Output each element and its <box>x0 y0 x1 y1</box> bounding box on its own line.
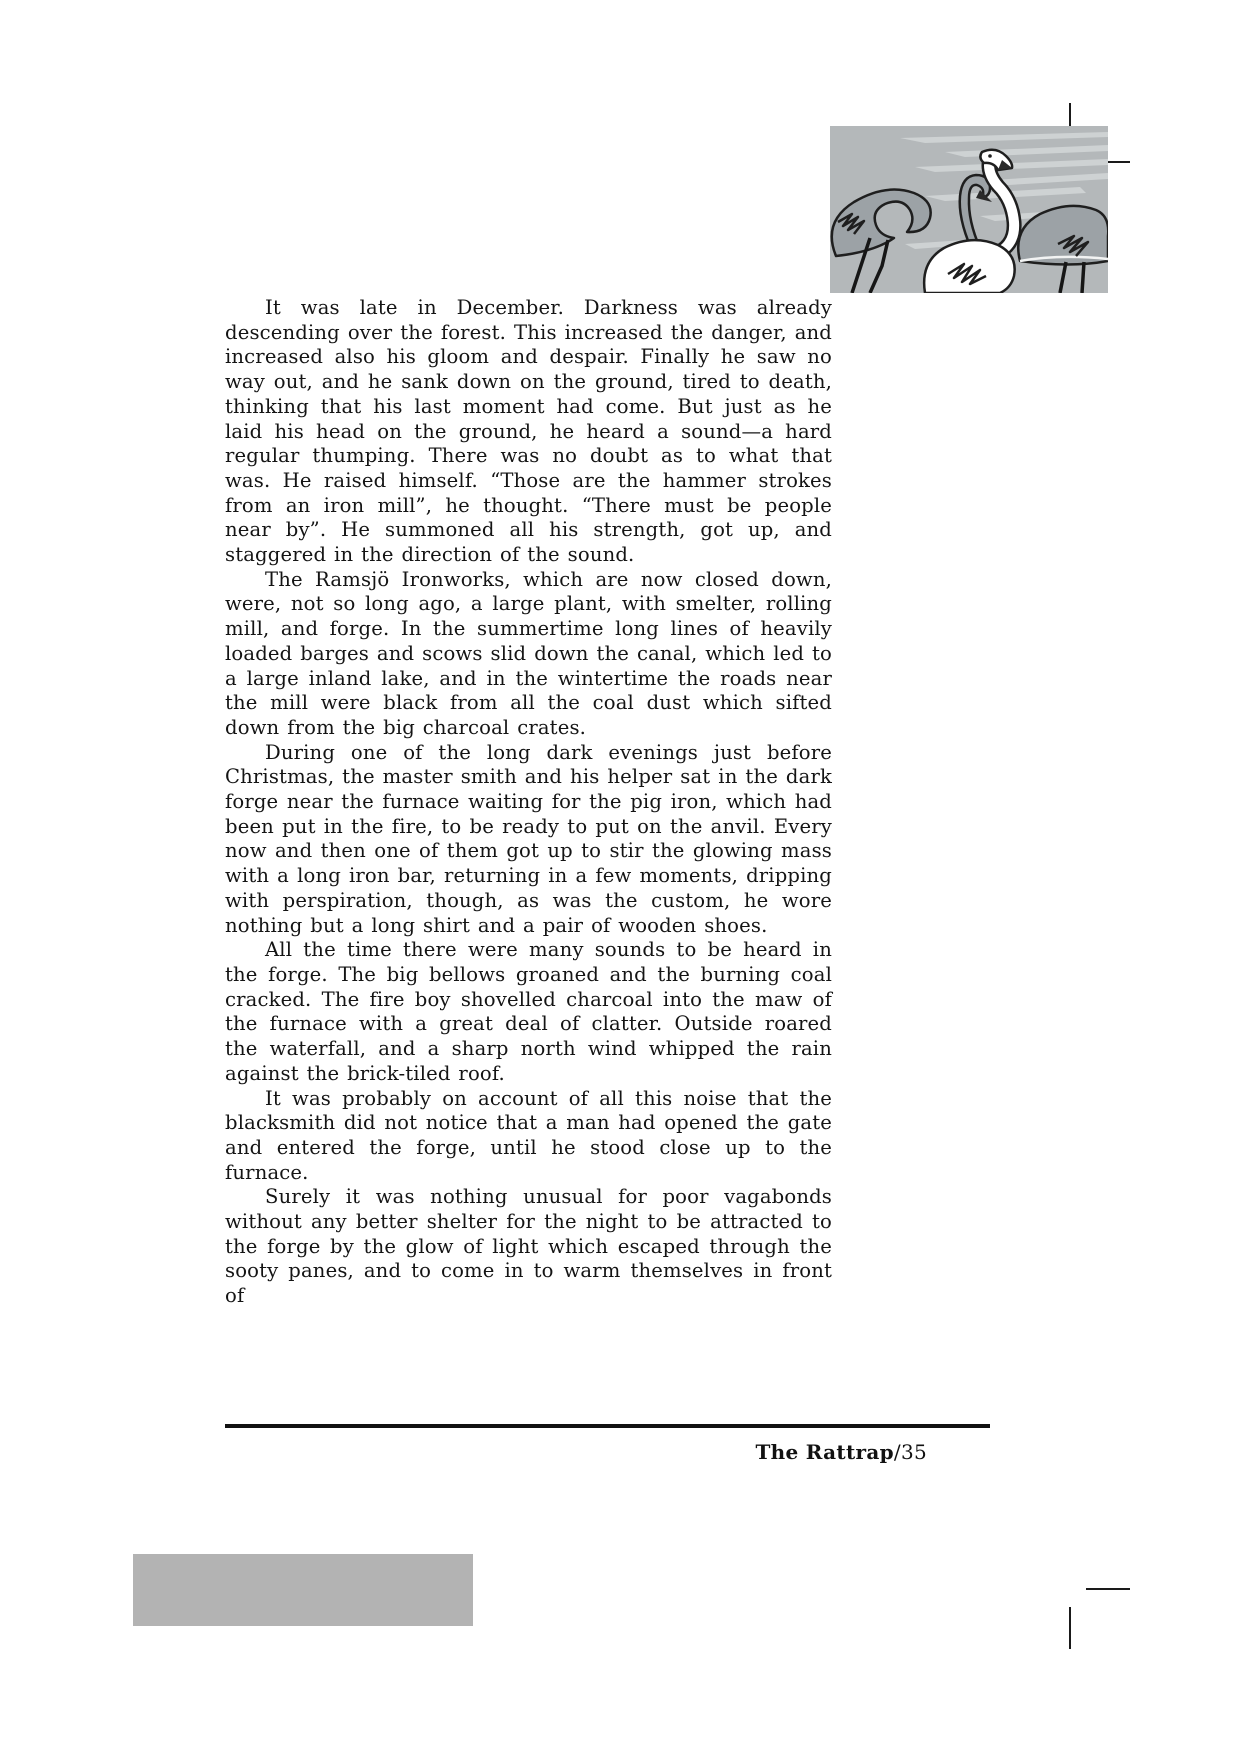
crop-mark-bottom-right-vertical <box>1069 1607 1071 1649</box>
chapter-title: The Rattrap <box>755 1440 893 1464</box>
story-paragraph: Surely it was nothing unusual for poor v… <box>225 1185 832 1309</box>
story-paragraph: The Ramsjö Ironworks, which are now clos… <box>225 568 832 741</box>
story-paragraph: During one of the long dark evenings jus… <box>225 741 832 939</box>
footer: The Rattrap/35 <box>225 1440 927 1464</box>
flamingos-illustration <box>830 126 1108 293</box>
story-text: It was late in December. Darkness was al… <box>225 296 832 1309</box>
book-page: It was late in December. Darkness was al… <box>0 0 1240 1754</box>
story-paragraph: It was late in December. Darkness was al… <box>225 296 832 568</box>
story-paragraph: It was probably on account of all this n… <box>225 1087 832 1186</box>
crop-mark-bottom-right-horizontal <box>1086 1588 1130 1590</box>
footer-rule <box>225 1424 990 1428</box>
page-number: /35 <box>894 1440 927 1464</box>
story-paragraph: All the time there were many sounds to b… <box>225 938 832 1086</box>
gray-placeholder-block <box>133 1554 473 1626</box>
